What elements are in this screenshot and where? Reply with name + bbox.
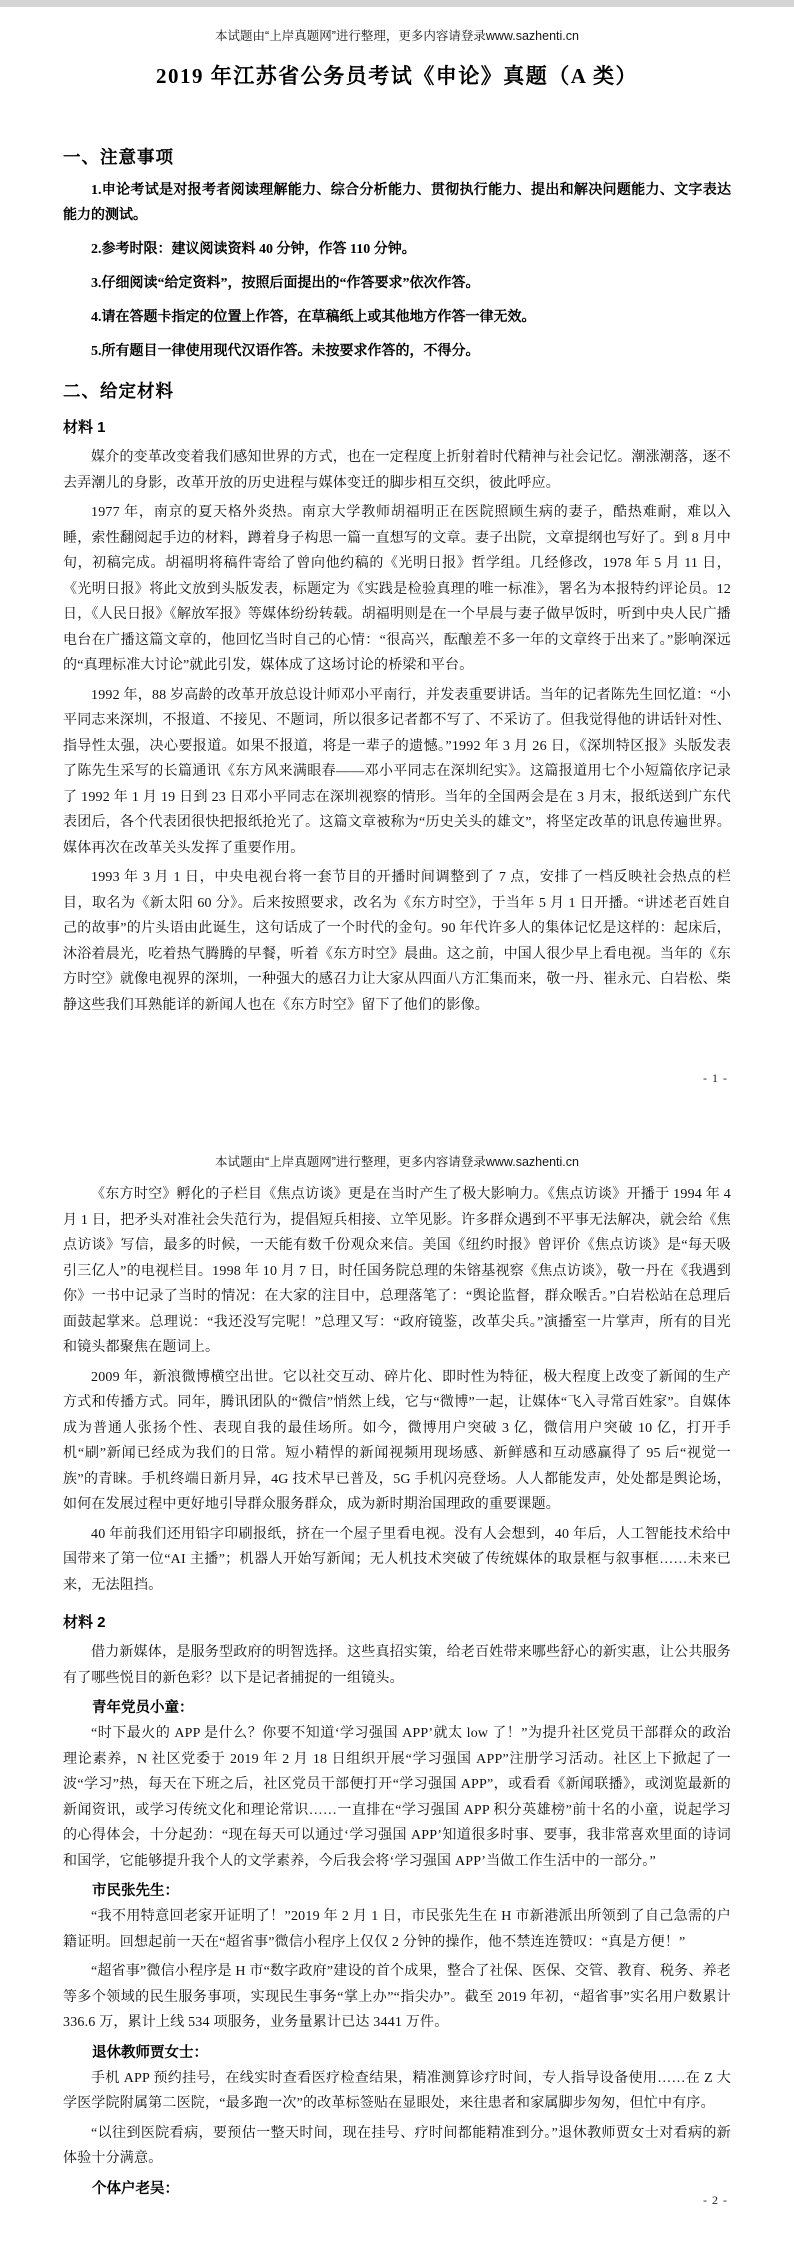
page-number: - 1 - <box>703 1071 728 1086</box>
page-number: - 2 - <box>703 2193 728 2208</box>
body-paragraph: “时下最火的 APP 是什么？你要不知道‘学习强国 APP’就太 low 了！”… <box>63 1721 731 1874</box>
body-paragraph: 2009 年，新浪微博横空出世。它以社交互动、碎片化、即时性为特征，极大程度上改… <box>63 1365 731 1518</box>
body-paragraph: 媒介的变革改变着我们感知世界的方式，也在一定程度上折射着时代精神与社会记忆。潮涨… <box>63 445 731 496</box>
notes-section-heading: 一、注意事项 <box>63 144 731 169</box>
page-1: 本试题由“上岸真题网”进行整理，更多内容请登录www.sazhenti.cn 2… <box>0 0 794 1122</box>
profile-label-shopkeeper-wu: 个体户老吴： <box>63 2177 731 2198</box>
notice-item-2: 2.参考时限：建议阅读资料 40 分钟，作答 110 分钟。 <box>63 237 731 262</box>
body-paragraph: “我不用特意回老家开证明了！”2019 年 2 月 1 日，市民张先生在 H 市… <box>63 1904 731 1955</box>
notice-item-4: 4.请在答题卡指定的位置上作答，在草稿纸上或其他地方作答一律无效。 <box>63 305 731 330</box>
profile-label-retired-teacher-jia: 退休教师贾女士： <box>63 2041 731 2062</box>
body-paragraph: 1993 年 3 月 1 日，中央电视台将一套节目的开播时间调整到了 7 点，安… <box>63 865 731 1018</box>
body-paragraph: 手机 APP 预约挂号，在线实时查看医疗检查结果，精准测算诊疗时间，专人指导设备… <box>63 2066 731 2117</box>
body-paragraph: “以往到医院看病，要预估一整天时间，现在挂号、疗时间都能精准到分。”退休教师贾女… <box>63 2121 731 2172</box>
notice-item-1: 1.申论考试是对报考者阅读理解能力、综合分析能力、贯彻执行能力、提出和解决问题能… <box>63 178 731 228</box>
page-2: 本试题由“上岸真题网”进行整理，更多内容请登录www.sazhenti.cn 《… <box>0 1122 794 2244</box>
source-note: 本试题由“上岸真题网”进行整理，更多内容请登录www.sazhenti.cn <box>63 1152 731 1170</box>
scan-edge-strip <box>0 0 794 7</box>
body-paragraph: 借力新媒体，是服务型政府的明智选择。这些真招实策，给老百姓带来哪些舒心的新实惠，… <box>63 1640 731 1691</box>
body-paragraph: 《东方时空》孵化的子栏目《焦点访谈》更是在当时产生了极大影响力。《焦点访谈》开播… <box>63 1182 731 1361</box>
source-note: 本试题由“上岸真题网”进行整理，更多内容请登录www.sazhenti.cn <box>63 26 731 44</box>
notices-list: 1.申论考试是对报考者阅读理解能力、综合分析能力、贯彻执行能力、提出和解决问题能… <box>63 178 731 364</box>
body-paragraph: “超省事”微信小程序是 H 市“数字政府”建设的首个成果，整合了社保、医保、交管… <box>63 1959 731 2036</box>
materials-section-heading: 二、给定材料 <box>63 378 731 403</box>
exam-document: 本试题由“上岸真题网”进行整理，更多内容请登录www.sazhenti.cn 2… <box>0 0 794 2244</box>
body-paragraph: 1992 年，88 岁高龄的改革开放总设计师邓小平南行，并发表重要讲话。当年的记… <box>63 683 731 862</box>
notice-item-5: 5.所有题目一律使用现代汉语作答。未按要求作答的，不得分。 <box>63 339 731 364</box>
body-paragraph: 1977 年，南京的夏天格外炎热。南京大学教师胡福明正在医院照顾生病的妻子，酷热… <box>63 500 731 679</box>
profile-label-young-party-member: 青年党员小童： <box>63 1696 731 1717</box>
material-2-heading: 材料 2 <box>63 1611 731 1632</box>
notice-item-3: 3.仔细阅读“给定资料”，按照后面提出的“作答要求”依次作答。 <box>63 271 731 296</box>
doc-title: 2019 年江苏省公务员考试《申论》真题（A 类） <box>63 60 731 90</box>
material-1-heading: 材料 1 <box>63 416 731 437</box>
body-paragraph: 40 年前我们还用铅字印刷报纸，挤在一个屋子里看电视。没有人会想到，40 年后，… <box>63 1522 731 1599</box>
profile-label-citizen-zhang: 市民张先生： <box>63 1879 731 1900</box>
